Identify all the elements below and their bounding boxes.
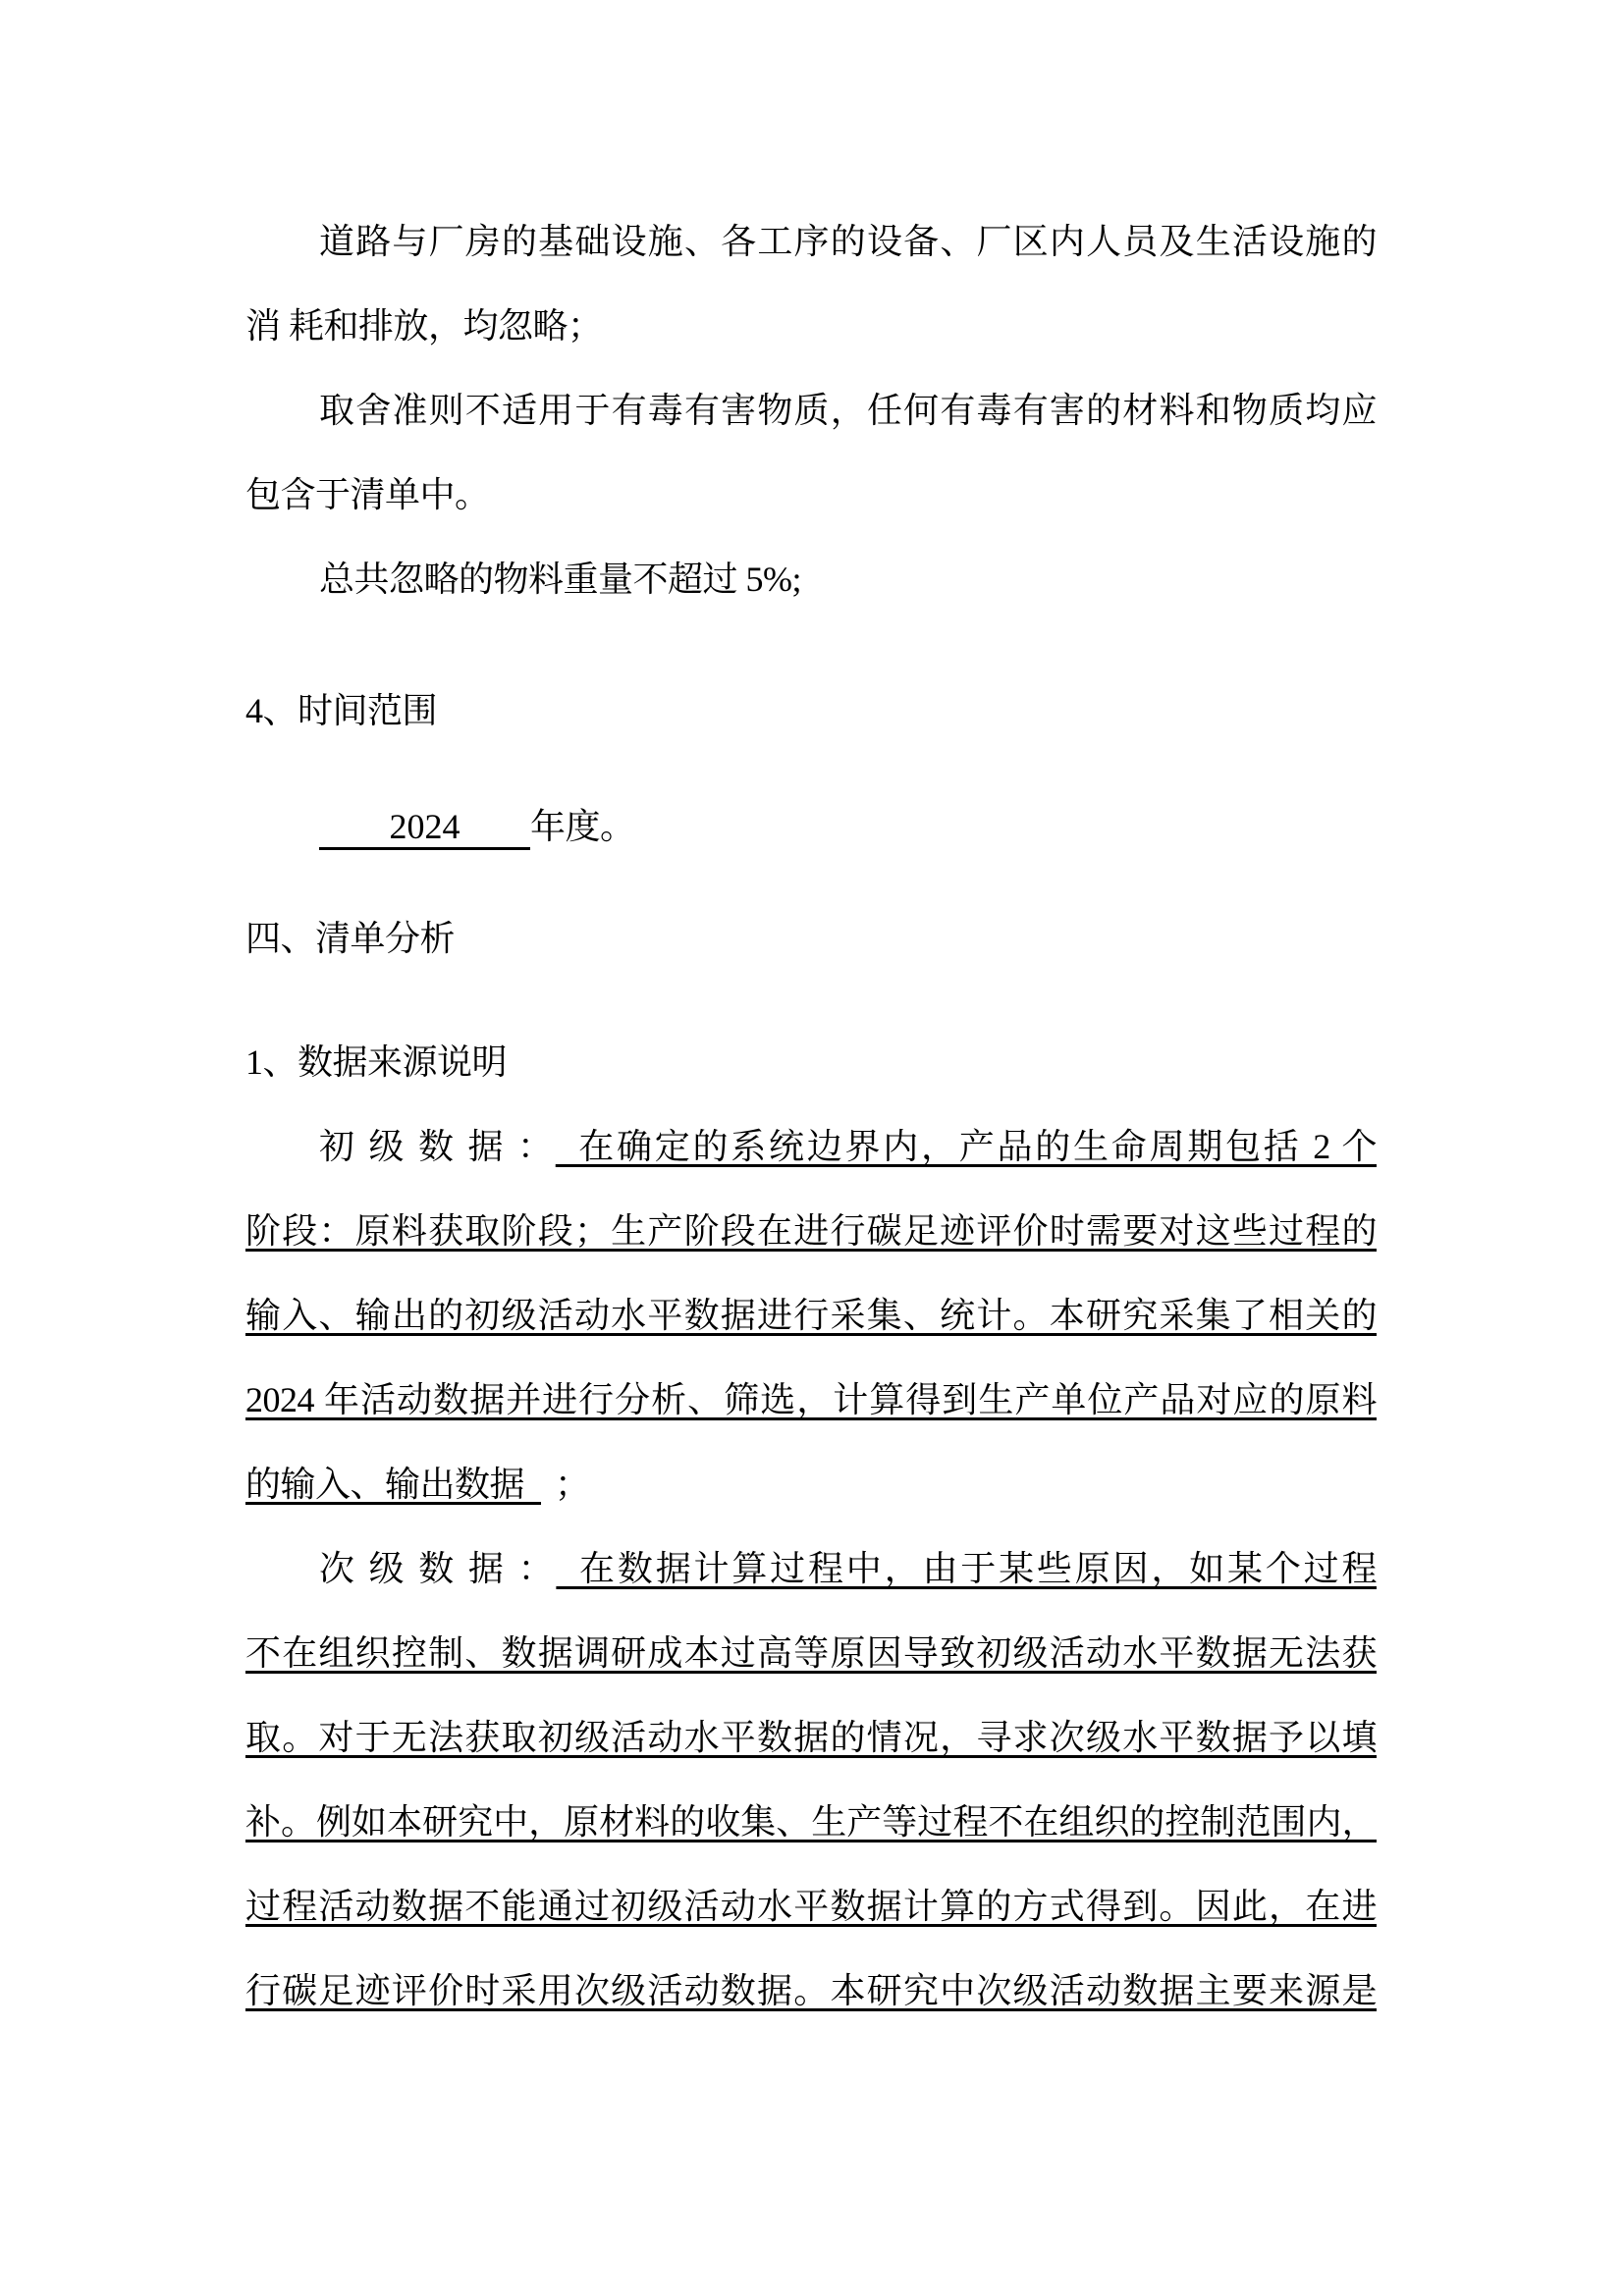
text-line: 总共忽略的物料重量不超过 5%; [245, 537, 1377, 621]
underlined-text: 行碳足迹评价时采用次级活动数据。本研究中次级活动数据主要来源是 [245, 1971, 1377, 2010]
paragraph-primary-data: 初 级 数 据 ： 在确定的系统边界内，产品的生命周期包括 2 个 阶段：原料获… [245, 1104, 1377, 1526]
underlined-text: 在数据计算过程中，由于某些原因，如某个过程 [556, 1549, 1377, 1588]
heading-data-source: 1、数据来源说明 [245, 1020, 1377, 1104]
text-line: 取舍准则不适用于有毒有害物质，任何有毒有害的材料和物质均应 [245, 368, 1377, 453]
text-line: 次 级 数 据 ： 在数据计算过程中，由于某些原因，如某个过程 [245, 1526, 1377, 1611]
text-line: 输入、输出的初级活动水平数据进行采集、统计。本研究采集了相关的 [245, 1273, 1377, 1358]
text-line: 阶段：原料获取阶段；生产阶段在进行碳足迹评价时需要对这些过程的 [245, 1189, 1377, 1273]
heading-text: 4、时间范围 [245, 668, 1377, 753]
underlined-text: 过程活动数据不能通过初级活动水平数据计算的方式得到。因此，在进 [245, 1887, 1377, 1926]
heading-inventory-analysis: 四、清单分析 [245, 896, 1377, 981]
text-line: 取。对于无法获取初级活动水平数据的情况，寻求次级水平数据予以填 [245, 1695, 1377, 1780]
secondary-data-label: 次 级 数 据 ： [319, 1549, 556, 1588]
fill-in-suffix: 年度。 [530, 807, 635, 846]
text-line: 2024 年活动数据并进行分析、筛选，计算得到生产单位产品对应的原料 [245, 1358, 1377, 1442]
underlined-text: 取。对于无法获取初级活动水平数据的情况，寻求次级水平数据予以填 [245, 1718, 1377, 1757]
line-tail-punctuation: ； [555, 1465, 590, 1504]
year-fill-in-blank: 2024 [319, 806, 530, 850]
text-line: 初 级 数 据 ： 在确定的系统边界内，产品的生命周期包括 2 个 [245, 1104, 1377, 1189]
paragraph-toxic-substance-rule: 取舍准则不适用于有毒有害物质，任何有毒有害的材料和物质均应 包含于清单中。 [245, 368, 1377, 537]
heading-time-scope: 4、时间范围 [245, 668, 1377, 753]
text-line: 的输入、输出数据 ； [245, 1442, 1377, 1526]
underlined-text: 在确定的系统边界内，产品的生命周期包括 2 个 [556, 1127, 1377, 1166]
text-line: 行碳足迹评价时采用次级活动数据。本研究中次级活动数据主要来源是 [245, 1949, 1377, 2033]
paragraph-infrastructure-exclusion: 道路与厂房的基础设施、各工序的设备、厂区内人员及生活设施的 消 耗和排放，均忽略… [245, 199, 1377, 368]
underlined-text: 不在组织控制、数据调研成本过高等原因导致初级活动水平数据无法获 [245, 1633, 1377, 1673]
underlined-text: 的输入、输出数据 [245, 1465, 541, 1504]
underlined-text: 补。例如本研究中，原材料的收集、生产等过程不在组织的控制范围内， [245, 1802, 1377, 1842]
underlined-text: 2024 年活动数据并进行分析、筛选，计算得到生产单位产品对应的原料 [245, 1380, 1377, 1419]
document-body: 道路与厂房的基础设施、各工序的设备、厂区内人员及生活设施的 消 耗和排放，均忽略… [0, 0, 1624, 2033]
paragraph-omitted-material-weight: 总共忽略的物料重量不超过 5%; [245, 537, 1377, 621]
paragraph-secondary-data: 次 级 数 据 ： 在数据计算过程中，由于某些原因，如某个过程 不在组织控制、数… [245, 1526, 1377, 2033]
heading-text: 四、清单分析 [245, 896, 1377, 981]
text-line: 道路与厂房的基础设施、各工序的设备、厂区内人员及生活设施的 [245, 199, 1377, 284]
text-line: 过程活动数据不能通过初级活动水平数据计算的方式得到。因此，在进 [245, 1864, 1377, 1949]
text-line: 包含于清单中。 [245, 453, 1377, 537]
primary-data-label: 初 级 数 据 ： [319, 1127, 556, 1166]
heading-text: 1、数据来源说明 [245, 1020, 1377, 1104]
text-line: 消 耗和排放，均忽略； [245, 284, 1377, 368]
text-line: 补。例如本研究中，原材料的收集、生产等过程不在组织的控制范围内， [245, 1780, 1377, 1864]
text-line: 不在组织控制、数据调研成本过高等原因导致初级活动水平数据无法获 [245, 1611, 1377, 1695]
underlined-text: 输入、输出的初级活动水平数据进行采集、统计。本研究采集了相关的 [245, 1296, 1377, 1335]
document-page: 道路与厂房的基础设施、各工序的设备、厂区内人员及生活设施的 消 耗和排放，均忽略… [0, 0, 1624, 2296]
paragraph-year-fill-in: 2024年度。 [245, 784, 1377, 869]
text-line: 2024年度。 [245, 784, 1377, 869]
underlined-text: 阶段：原料获取阶段；生产阶段在进行碳足迹评价时需要对这些过程的 [245, 1211, 1377, 1251]
